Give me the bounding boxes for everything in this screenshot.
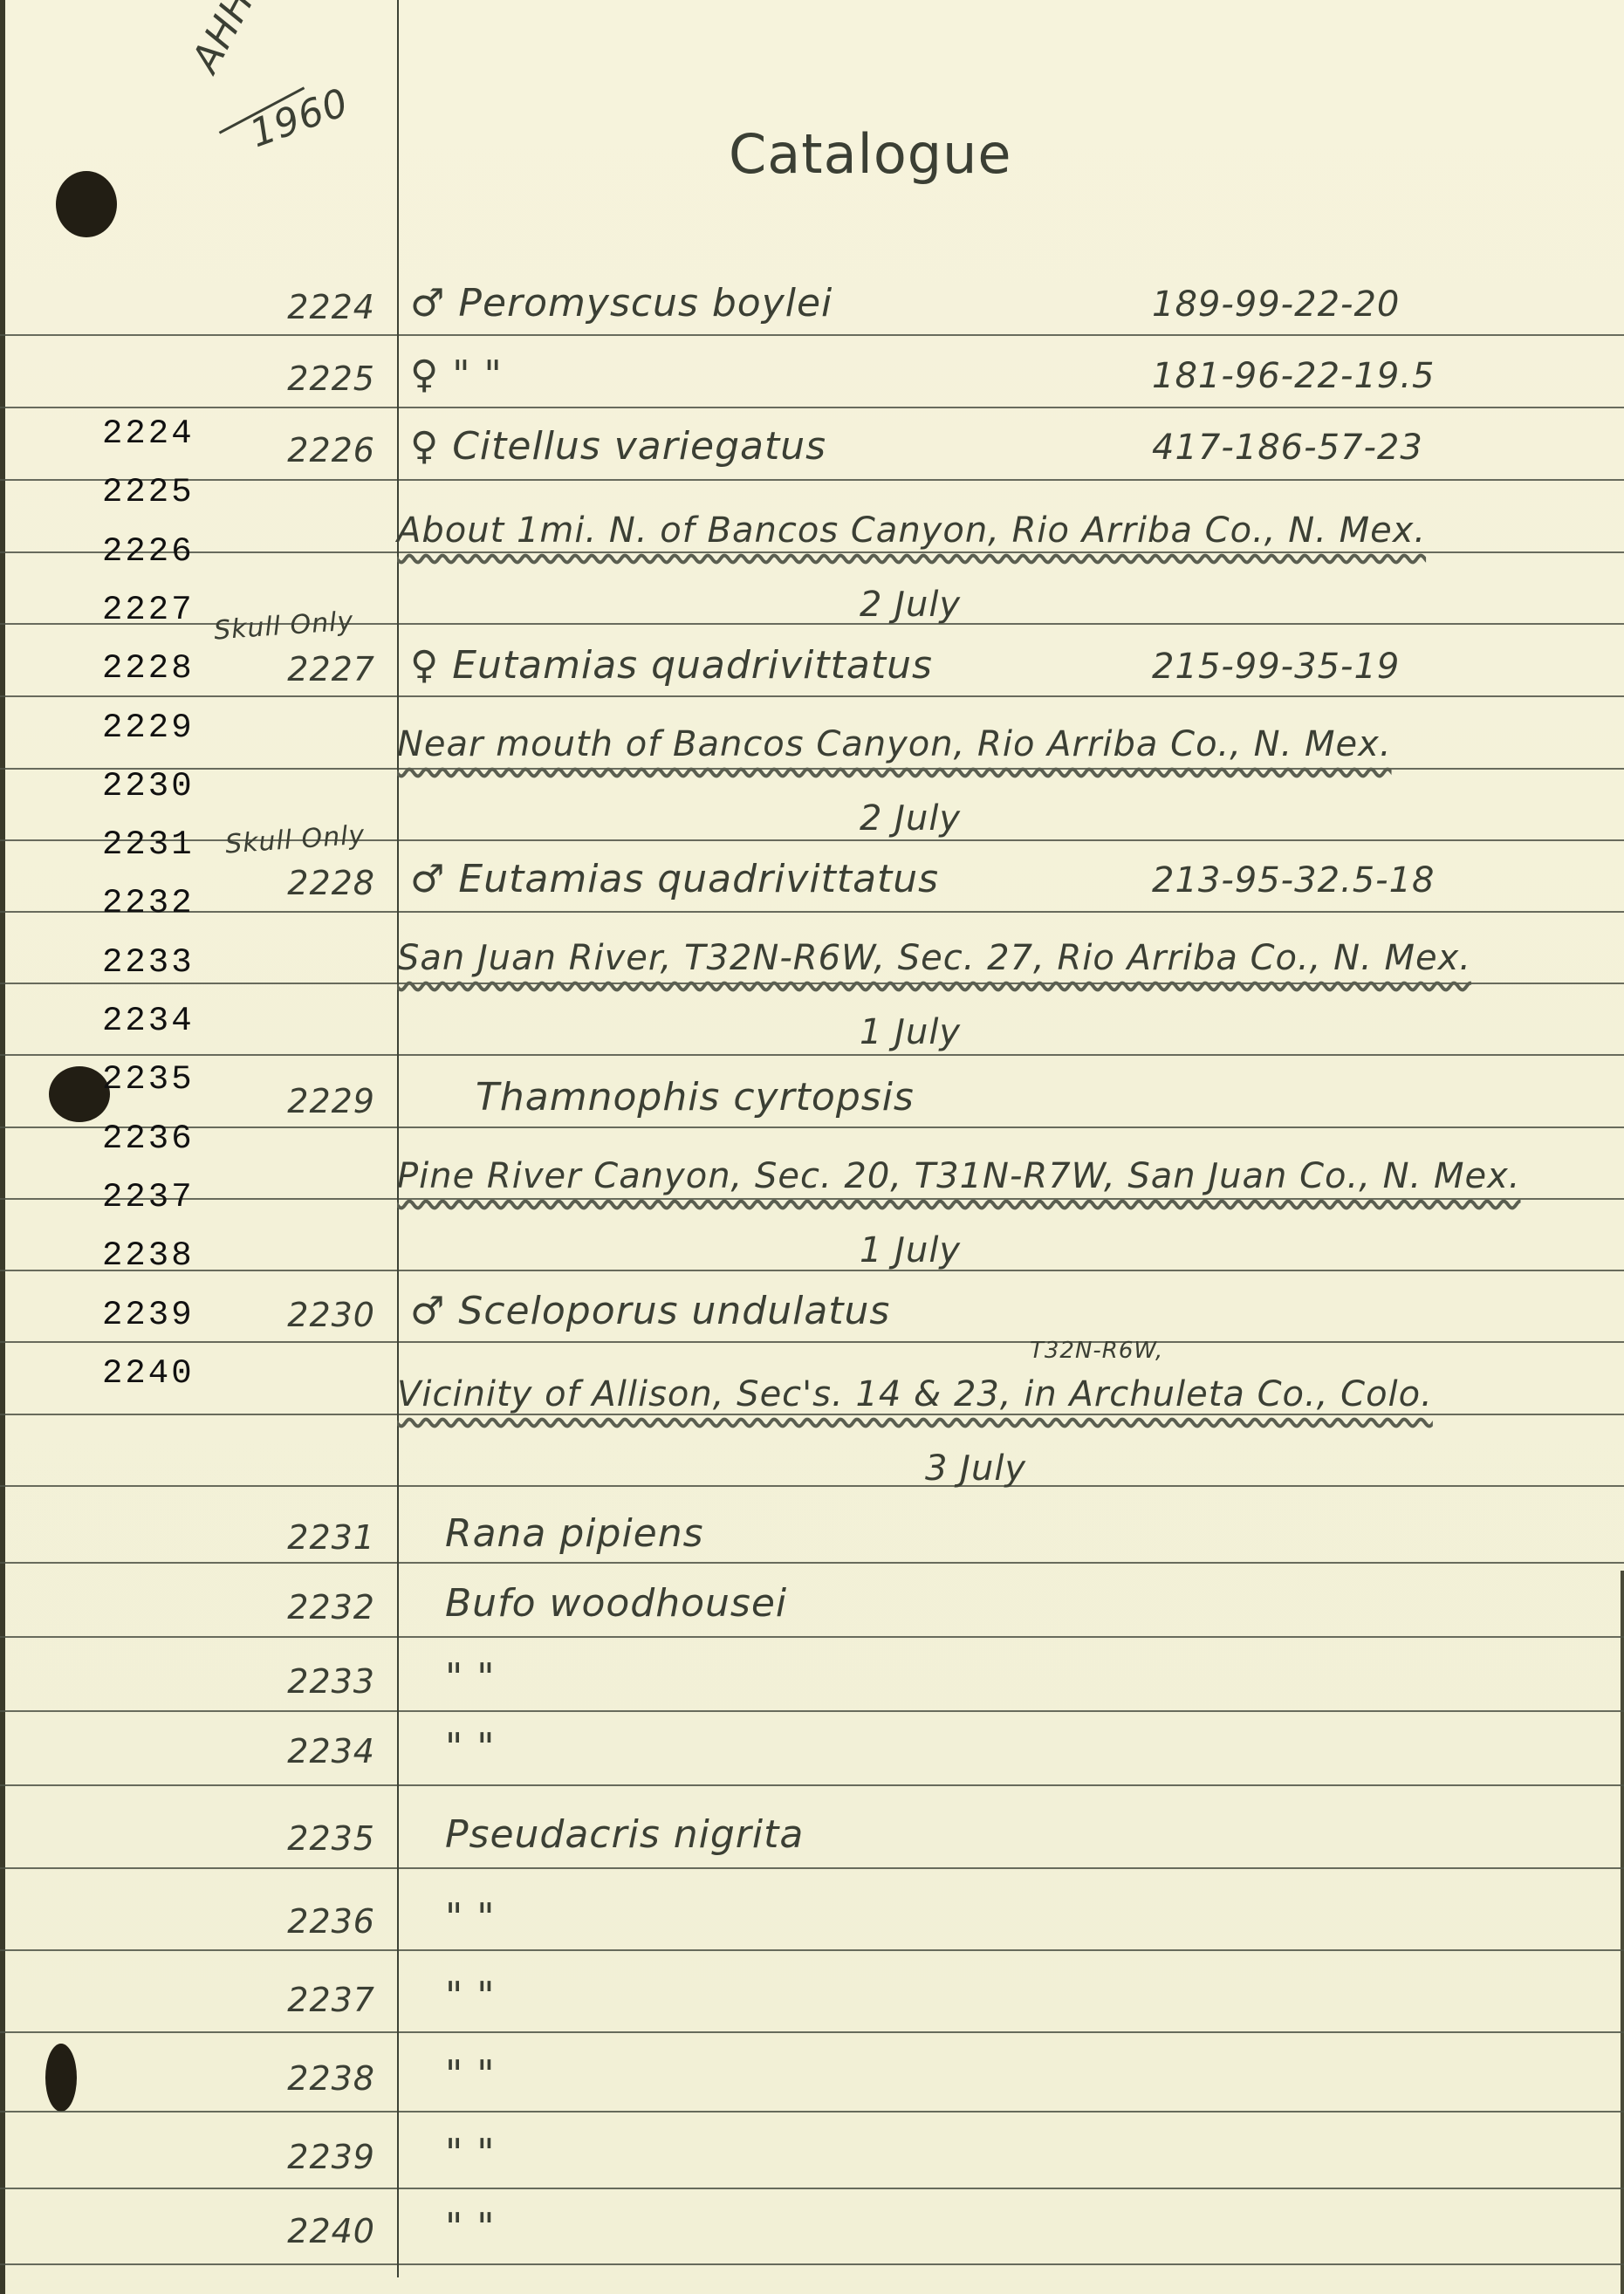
typed-number: 2227	[102, 591, 195, 629]
locality: Near mouth of Bancos Canyon, Rio Arriba …	[397, 724, 1392, 764]
typed-number: 2226	[102, 532, 195, 571]
locality: San Juan River, T32N-R6W, Sec. 27, Rio A…	[397, 938, 1471, 978]
typed-number: 2225	[102, 473, 195, 511]
catalog-number: 2239	[227, 2138, 375, 2176]
catalog-number: 2237	[227, 1981, 375, 2019]
ruled-line	[0, 983, 1624, 984]
catalog-number: 2229	[227, 1082, 375, 1120]
ruled-line	[0, 407, 1624, 408]
measurements: 417-186-57-23	[1152, 428, 1423, 468]
ruled-line	[0, 2111, 1624, 2113]
species-name: ♀ " "	[410, 353, 503, 397]
species-name: " "	[445, 2205, 495, 2249]
catalog-number: 2232	[227, 1588, 375, 1626]
ruled-line	[0, 1341, 1624, 1343]
species-name: ♀ Citellus variegatus	[410, 424, 826, 469]
species-name: " "	[445, 1725, 495, 1770]
typed-number: 2240	[102, 1354, 195, 1393]
measurements: 215-99-35-19	[1152, 647, 1400, 687]
page-edge-shadow-right	[1621, 1571, 1624, 2294]
typed-number: 2239	[102, 1296, 195, 1334]
punch-hole-top	[56, 171, 117, 237]
margin-line	[397, 0, 399, 2277]
species-name: Pseudacris nigrita	[445, 1812, 804, 1857]
specimen-note: Skull Only	[213, 606, 354, 646]
catalog-number: 2238	[227, 2059, 375, 2098]
collection-date: 1 July	[860, 1230, 961, 1270]
ruled-line	[0, 1054, 1624, 1056]
catalog-number: 2227	[227, 650, 375, 688]
catalog-number: 2225	[227, 360, 375, 398]
collection-date: 1 July	[860, 1012, 961, 1052]
locality: Pine River Canyon, Sec. 20, T31N-R7W, Sa…	[397, 1156, 1520, 1196]
typed-number: 2224	[102, 414, 195, 453]
species-name: ♂ Sceloporus undulatus	[410, 1289, 890, 1333]
catalog-number: 2230	[227, 1296, 375, 1334]
catalog-number: 2228	[227, 864, 375, 902]
species-name: Rana pipiens	[445, 1511, 704, 1556]
ruled-line	[0, 479, 1624, 481]
ruled-line	[0, 768, 1624, 770]
ruled-line	[0, 1710, 1624, 1712]
measurements: 181-96-22-19.5	[1152, 356, 1436, 396]
specimen-note: Skull Only	[224, 819, 366, 859]
species-name: Thamnophis cyrtopsis	[476, 1075, 915, 1120]
typed-number: 2234	[102, 1002, 195, 1040]
species-name: " "	[445, 1974, 495, 2018]
catalog-number: 2231	[227, 1518, 375, 1557]
ruled-line	[0, 1562, 1624, 1564]
typed-number: 2233	[102, 943, 195, 982]
species-name: Bufo woodhousei	[445, 1581, 787, 1626]
ruled-line	[0, 2188, 1624, 2189]
typed-number: 2236	[102, 1120, 195, 1158]
species-name: ♂ Peromyscus boylei	[410, 281, 833, 325]
initials: AHH	[183, 0, 264, 79]
collection-date: 2 July	[860, 585, 961, 625]
typed-number: 2232	[102, 884, 195, 922]
catalog-number: 2226	[227, 431, 375, 469]
typed-number: 2230	[102, 767, 195, 805]
species-name: ♂ Eutamias quadrivittatus	[410, 857, 939, 901]
collection-date: 2 July	[860, 798, 961, 839]
species-name: " "	[445, 2131, 495, 2175]
punch-hole-middle	[49, 1066, 110, 1122]
typed-number: 2229	[102, 709, 195, 747]
typed-number: 2238	[102, 1236, 195, 1275]
ruled-line	[0, 334, 1624, 336]
ruled-line	[0, 2263, 1624, 2265]
measurements: 189-99-22-20	[1152, 284, 1400, 325]
page-title: Catalogue	[729, 122, 1012, 186]
species-name: " "	[445, 1895, 495, 1940]
catalog-number: 2236	[227, 1902, 375, 1941]
ruled-line	[0, 1485, 1624, 1487]
catalog-number: 2240	[227, 2212, 375, 2250]
locality: About 1mi. N. of Bancos Canyon, Rio Arri…	[397, 510, 1426, 551]
catalogue-page: AHH 1960 Catalogue 222422252226222722282…	[0, 0, 1624, 2294]
ruled-line	[0, 1126, 1624, 1128]
ruled-line	[0, 1198, 1624, 1200]
ruled-line	[0, 1636, 1624, 1638]
catalog-number: 2234	[227, 1732, 375, 1770]
ruled-line	[0, 551, 1624, 553]
ruled-line	[0, 1867, 1624, 1869]
ruled-line	[0, 695, 1624, 697]
collection-date: 3 July	[925, 1448, 1026, 1489]
punch-hole-bottom	[45, 2044, 77, 2112]
ruled-line	[0, 1784, 1624, 1786]
species-name: " "	[445, 2052, 495, 2097]
typed-number: 2228	[102, 649, 195, 688]
ruled-line	[0, 1270, 1624, 1271]
species-name: ♀ Eutamias quadrivittatus	[410, 643, 933, 688]
species-name: " "	[445, 1655, 495, 1700]
ruled-line	[0, 911, 1624, 913]
typed-number: 2235	[102, 1060, 195, 1099]
locality: Vicinity of Allison, Sec's. 14 & 23, in …	[397, 1374, 1433, 1414]
measurements: 213-95-32.5-18	[1152, 860, 1436, 900]
ruled-line	[0, 1949, 1624, 1951]
locality-insert: T32N-R6W,	[1030, 1338, 1163, 1364]
ruled-line	[0, 2031, 1624, 2033]
typed-number: 2231	[102, 825, 195, 864]
catalog-number: 2233	[227, 1662, 375, 1701]
catalog-number: 2235	[227, 1819, 375, 1858]
catalog-number: 2224	[227, 288, 375, 326]
typed-number: 2237	[102, 1178, 195, 1216]
